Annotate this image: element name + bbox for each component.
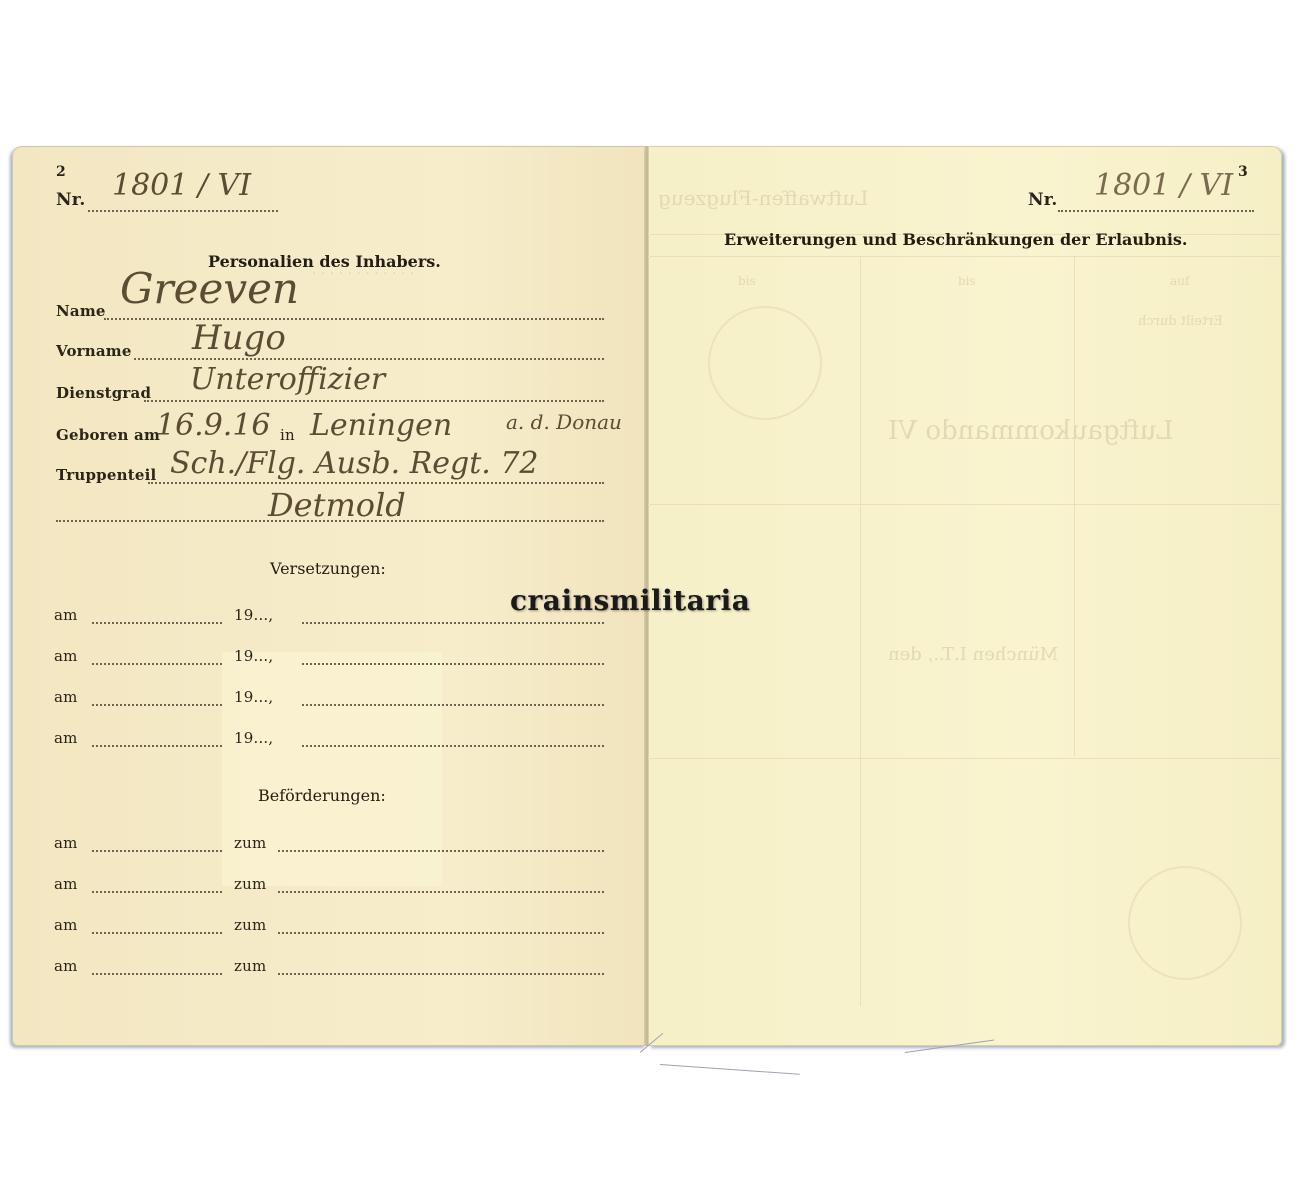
nr-label: Nr. (1028, 190, 1057, 210)
value-birth-date: 16.9.16 (156, 408, 271, 443)
dotted-line (302, 745, 604, 747)
showthrough-col: bis (738, 274, 756, 288)
promotion-zum: zum (234, 875, 266, 893)
value-name: Greeven (120, 264, 299, 313)
promotion-zum: zum (234, 834, 266, 852)
dotted-line (278, 973, 604, 975)
loose-thread (660, 1064, 800, 1075)
page-number: 2 (56, 164, 66, 180)
dotted-line (92, 745, 222, 747)
showthrough-city: München I.T.., den (888, 644, 1058, 665)
showthrough-stamp (1128, 866, 1242, 980)
promotion-am: am (54, 916, 78, 934)
dotted-line (92, 891, 222, 893)
promotion-am: am (54, 875, 78, 893)
section-title-befoerderungen: Beförderungen: (258, 786, 386, 805)
nr-dotted-line (88, 210, 278, 212)
dotted-line (278, 850, 604, 852)
showthrough-col: bis (958, 274, 976, 288)
showthrough-stamp (708, 306, 822, 420)
value-birth-place: Leningen (310, 408, 452, 443)
value-truppenteil-line2: Detmold (268, 486, 406, 524)
dotted-line (92, 704, 222, 706)
transfer-am: am (54, 606, 78, 624)
dotted-line (104, 318, 604, 320)
transfer-year: 19..., (234, 647, 273, 665)
dotted-line (302, 663, 604, 665)
dotted-line (278, 932, 604, 934)
transfer-am: am (54, 729, 78, 747)
nr-label: Nr. (56, 190, 85, 210)
promotion-am: am (54, 834, 78, 852)
label-dienstgrad: Dienstgrad (56, 384, 151, 402)
dotted-line (278, 891, 604, 893)
showthrough-erteilt: Erteilt durch (1138, 314, 1223, 329)
dotted-line (302, 704, 604, 706)
dotted-line (148, 482, 604, 484)
label-in: in (280, 426, 295, 444)
nr-value: 1801 / VI (112, 168, 251, 203)
transfer-am: am (54, 647, 78, 665)
showthrough-line (860, 256, 861, 1006)
promotion-zum: zum (234, 916, 266, 934)
showthrough-header: Luftwaffen-Flugzeug (658, 186, 868, 210)
watermark: crainsmilitaria (510, 584, 750, 617)
dotted-line (92, 663, 222, 665)
dotted-line (134, 358, 604, 360)
page-number: 3 (1238, 164, 1248, 180)
showthrough-command: Luftgaukommando VI (888, 416, 1174, 446)
promotion-zum: zum (234, 957, 266, 975)
dotted-line (92, 622, 222, 624)
dotted-line (302, 622, 604, 624)
dotted-line (144, 400, 604, 402)
label-truppenteil: Truppenteil (56, 466, 156, 484)
showthrough-line (1074, 256, 1075, 756)
transfer-year: 19..., (234, 688, 273, 706)
transfer-year: 19..., (234, 729, 273, 747)
label-geboren-am: Geboren am (56, 426, 160, 444)
nr-value: 1801 / VI (1094, 168, 1233, 203)
label-vorname: Vorname (56, 342, 132, 360)
dotted-line (92, 932, 222, 934)
value-birth-place-note: a. d. Donau (506, 410, 622, 434)
label-name: Name (56, 302, 106, 320)
showthrough-line (648, 758, 1282, 759)
value-truppenteil: Sch./Flg. Ausb. Regt. 72 (170, 446, 539, 481)
dotted-line (92, 973, 222, 975)
nr-dotted-line (1058, 210, 1254, 212)
showthrough-line (648, 256, 1282, 257)
transfer-am: am (54, 688, 78, 706)
dotted-line (92, 850, 222, 852)
section-title-versetzungen: Versetzungen: (270, 559, 386, 578)
showthrough-col: auf (1170, 274, 1189, 288)
showthrough-line (648, 504, 1282, 505)
section-title-erweiterungen: Erweiterungen und Beschränkungen der Erl… (724, 230, 1188, 249)
transfer-year: 19..., (234, 606, 273, 624)
booklet-spread: · · · · · · · · · · · · 2 Nr. 1801 / VI … (12, 146, 1284, 1048)
value-vorname: Hugo (192, 318, 286, 358)
value-dienstgrad: Unteroffizier (190, 362, 385, 397)
promotion-am: am (54, 957, 78, 975)
